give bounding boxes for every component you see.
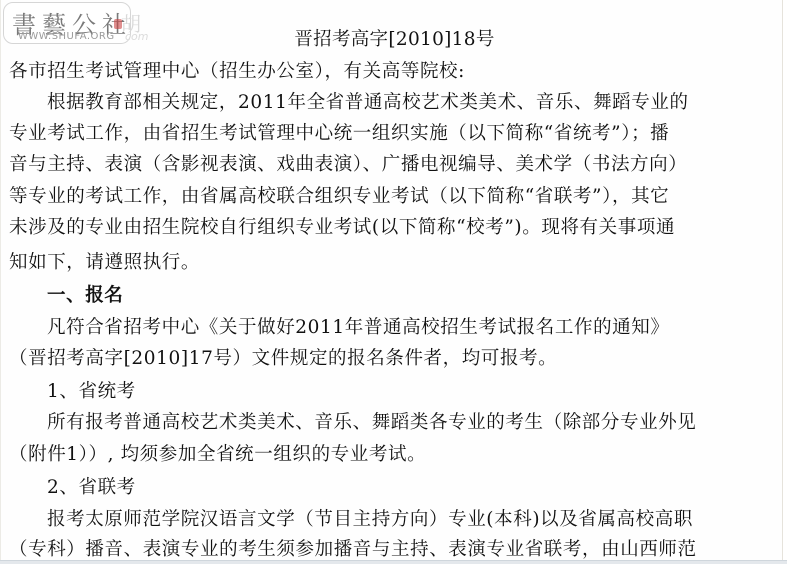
addressee: 各市招生考试管理中心（招生办公室），有关高等院校: [9,61,465,83]
document-title: 晋招考高字[2010]18号 [1,29,787,51]
paragraph-line: （专科）播音、表演专业的考生须参加播音与主持、表演专业省联考，由山西师范 [9,539,697,561]
paragraph-line: （晋招考高字[2010]17号）文件规定的报名条件者，均可报考。 [9,348,557,370]
section-heading-registration: 一、报名 [47,285,123,307]
paragraph-line: 凡符合省招考中心《关于做好2011年普通高校招生考试报名工作的通知》 [47,317,669,339]
paragraph-line: （附件1））, 均须参加全省统一组织的专业考试。 [9,444,426,466]
subsection-heading-joint-exam: 2、省联考 [47,477,136,499]
paragraph-line: 等专业的考试工作，由省属高校联合组织专业考试（以下简称“省联考”），其它 [9,186,669,208]
paragraph-line: 未涉及的专业由招生院校自行组织专业考试(以下简称“校考”)。现将有关事项通 [9,217,675,239]
subsection-heading-provincial-exam: 1、省统考 [47,381,136,403]
bottom-edge [0,560,787,564]
paragraph-line: 知如下，请遵照执行。 [9,252,200,274]
paragraph-line: 根据教育部相关规定，2011年全省普通高校艺术类美术、音乐、舞蹈专业的 [47,92,689,114]
paragraph-line: 专业考试工作，由省招生考试管理中心统一组织实施（以下简称“省统考”）；播 [9,123,669,145]
document-page: 書藝公社 WWW.SHUFA.ORG 胡 com 晋招考高字[2010]18号 … [0,0,783,560]
paragraph-line: 报考太原师范学院汉语言文学（节目主持方向）专业(本科)以及省属高校高职 [47,509,693,531]
paragraph-line: 音与主持、表演（含影视表演、戏曲表演）、广播电视编导、美术学（书法方向） [9,154,687,176]
paragraph-line: 所有报考普通高校艺术类美术、音乐、舞蹈类各专业的考生（除部分专业外见 [47,412,696,434]
